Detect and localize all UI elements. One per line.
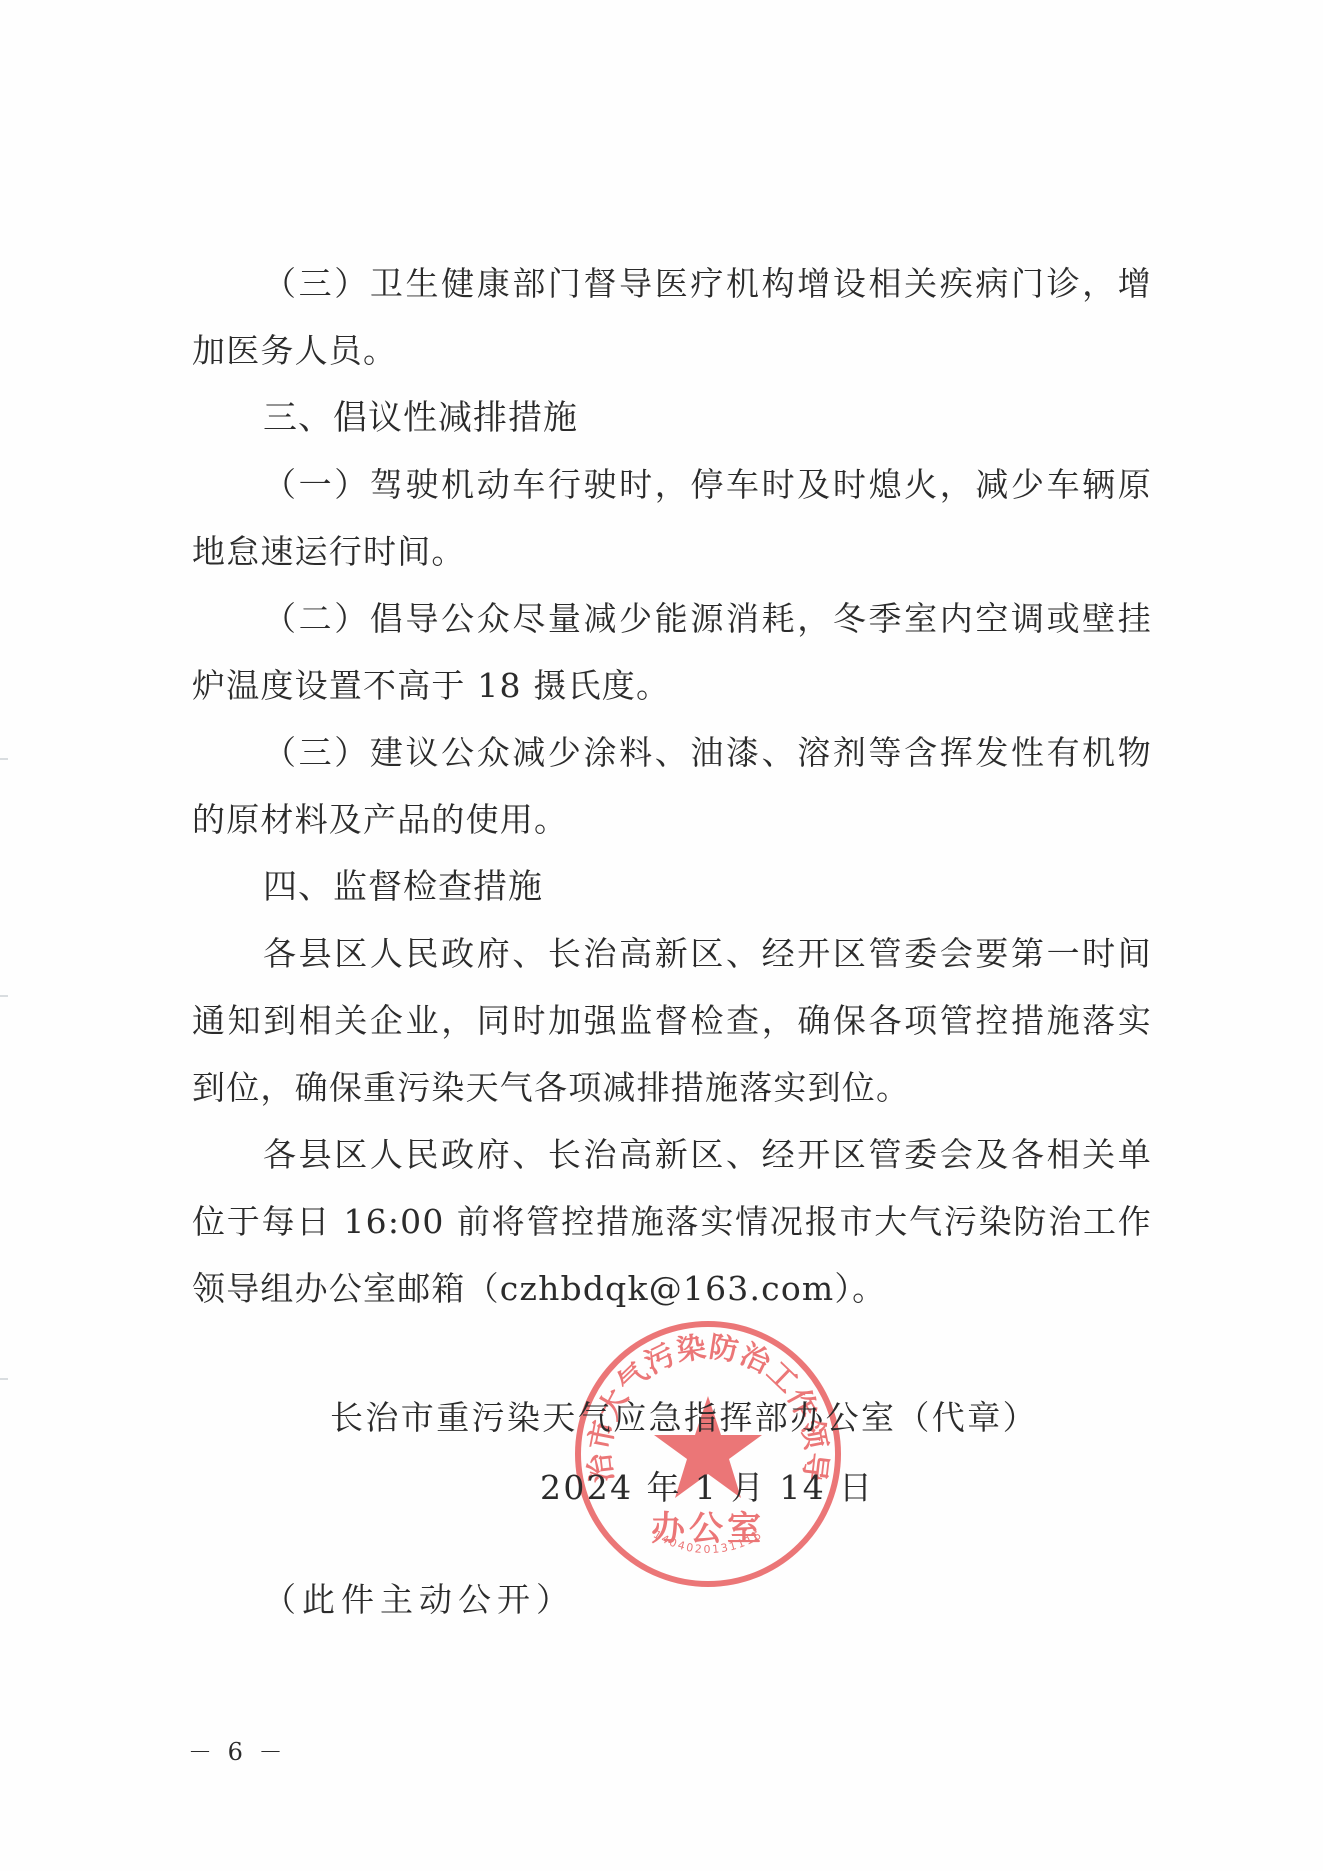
public-disclosure-note: （此件主动公开） — [263, 1578, 575, 1622]
paragraph-line: 的原材料及产品的使用。 — [192, 798, 1152, 842]
paragraph-line: 到位，确保重污染天气各项减排措施落实到位。 — [192, 1066, 1152, 1110]
issue-date: 2024 年 1 月 14 日 — [540, 1466, 874, 1510]
section-heading: 三、倡议性减排措施 — [263, 396, 1152, 440]
paragraph-line: 地怠速运行时间。 — [192, 530, 1152, 574]
paragraph-line: 领导组办公室邮箱（czhbdqk@163.com）。 — [192, 1267, 1152, 1311]
paragraph-line: 各县区人民政府、长治高新区、经开区管委会要第一时间 — [263, 932, 1152, 976]
paragraph-line: 各县区人民政府、长治高新区、经开区管委会及各相关单 — [263, 1133, 1152, 1177]
paragraph-line: 加医务人员。 — [192, 329, 1152, 373]
paragraph-line: （二）倡导公众尽量减少能源消耗，冬季室内空调或壁挂 — [263, 597, 1152, 641]
scan-artifact — [0, 758, 8, 760]
section-heading: 四、监督检查措施 — [263, 865, 1152, 909]
paragraph-line: 通知到相关企业，同时加强监督检查，确保各项管控措施落实 — [192, 999, 1152, 1043]
paragraph-line: （三）建议公众减少涂料、油漆、溶剂等含挥发性有机物 — [263, 731, 1152, 775]
issuer-signature: 长治市重污染天气应急指挥部办公室（代章） — [330, 1396, 1038, 1440]
scan-artifact — [0, 995, 8, 997]
paragraph-line: （三）卫生健康部门督导医疗机构增设相关疾病门诊，增 — [263, 262, 1152, 306]
paragraph-line: （一）驾驶机动车行驶时，停车时及时熄火，减少车辆原 — [263, 463, 1152, 507]
document-page: （三）卫生健康部门督导医疗机构增设相关疾病门诊，增 加医务人员。 三、倡议性减排… — [0, 0, 1323, 1871]
paragraph-line: 炉温度设置不高于 18 摄氏度。 — [192, 664, 1152, 708]
page-number: － 6 － — [188, 1736, 287, 1768]
official-seal: 长治市大气污染防治工作领导组 办公室 1404020131116 — [572, 1318, 844, 1590]
scan-artifact — [0, 1378, 8, 1380]
paragraph-line: 位于每日 16:00 前将管控措施落实情况报市大气污染防治工作 — [192, 1200, 1152, 1244]
